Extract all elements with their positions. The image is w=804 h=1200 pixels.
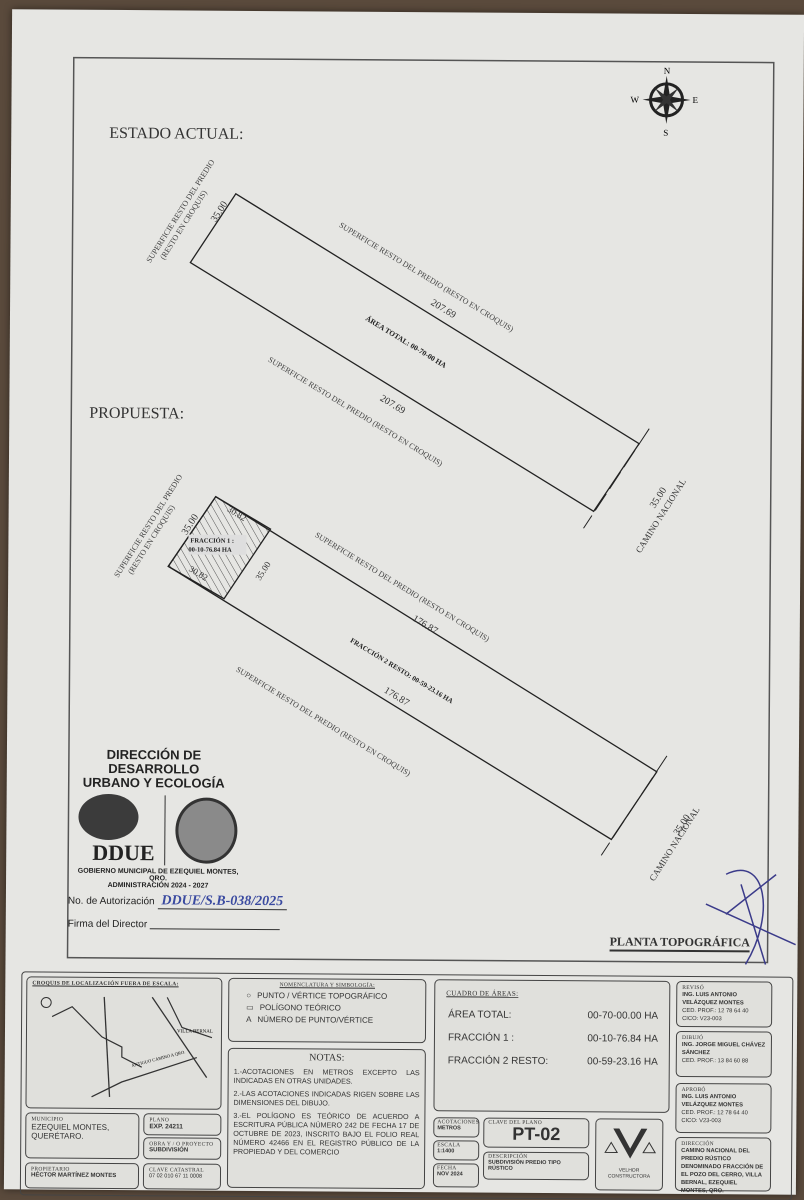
clave-catastral-box: CLAVE CATASTRAL 07 02 010 67 11 0008 — [143, 1163, 221, 1190]
area-row: FRACCIÓN 2 RESTO:00-59-23.16 HA — [448, 1055, 658, 1067]
propietario-box: PROPIETARIO HÉCTOR MARTÍNEZ MONTES — [25, 1162, 139, 1189]
velhor-logo-icon — [601, 1122, 659, 1162]
polygon-symbol-icon: ▭ — [246, 1003, 254, 1012]
location-map: VILLA BERNAL ANTIGUO CAMINO A QRO. — [32, 986, 219, 1099]
notes-box: NOTAS: 1.-ACOTACIONES EN METROS EXCEPTO … — [227, 1048, 426, 1189]
svg-text:ESTADO ACTUAL:: ESTADO ACTUAL: — [109, 125, 243, 143]
stamp-administration: ADMINISTRACIÓN 2024 - 2027 — [68, 882, 248, 890]
sheet-title: PLANTA TOPOGRÁFICA — [610, 934, 750, 952]
svg-text:207.69: 207.69 — [429, 297, 458, 321]
svg-text:E: E — [692, 95, 698, 105]
obra-box: OBRA Y / O PROYECTO SUBDIVISIÓN — [143, 1137, 221, 1160]
svg-text:PROPUESTA:: PROPUESTA: — [89, 405, 184, 423]
plan-sheet: N S E W SUPERFICIE RESTO DEL PREDIO (RES… — [4, 9, 804, 1195]
stamp-government: GOBIERNO MUNICIPAL DE EZEQUIEL MONTES, Q… — [68, 868, 248, 883]
svg-text:SUPERFICIE RESTO DEL PREDIO: SUPERFICIE RESTO DEL PREDIO — [144, 158, 216, 265]
area-row: FRACCIÓN 1 :00-10-76.84 HA — [448, 1032, 658, 1044]
svg-text:ÁREA TOTAL: 00-70-00 HA: ÁREA TOTAL: 00-70-00 HA — [364, 313, 449, 370]
svg-text:VILLA BERNAL: VILLA BERNAL — [177, 1029, 213, 1034]
plano-box: PLANO EXP. 24211 — [143, 1113, 221, 1136]
ddue-logo-icon — [78, 794, 138, 840]
aprobo-box: APROBÓ ING. LUIS ANTONIO VELÁZQUEZ MONTE… — [675, 1083, 771, 1134]
svg-text:00-10-76.84 HA: 00-10-76.84 HA — [188, 546, 232, 553]
svg-text:N: N — [664, 66, 671, 76]
svg-text:ANTIGUO CAMINO A QRO.: ANTIGUO CAMINO A QRO. — [131, 1049, 186, 1068]
escala-box: ESCALA 1:1400 — [433, 1140, 479, 1160]
municipal-authorization-stamp: DIRECCIÓN DE DESARROLLO URBANO Y ECOLOGÍ… — [68, 748, 319, 932]
municipal-seal-icon — [176, 797, 238, 863]
descripcion-box: DESCRIPCIÓN SUBDIVISIÓN PREDIO TIPO RÚST… — [483, 1152, 589, 1181]
fecha-box: FECHA NOV 2024 — [433, 1163, 479, 1187]
svg-text:SUPERFICIE RESTO DEL PREDIO (R: SUPERFICIE RESTO DEL PREDIO (RESTO EN CR… — [313, 530, 491, 643]
svg-text:SUPERFICIE RESTO DEL PREDIO (R: SUPERFICIE RESTO DEL PREDIO (RESTO EN CR… — [338, 221, 516, 334]
svg-text:CAMINO NACIONAL: CAMINO NACIONAL — [647, 805, 701, 883]
nomenclature-box: NOMENCLATURA Y SIMBOLOGÍA: ○PUNTO / VÉRT… — [228, 978, 426, 1043]
dibujo-box: DIBUJÓ ING. JORGE MIGUEL CHÁVEZ SÁNCHEZ … — [676, 1031, 772, 1078]
direccion-box: DIRECCIÓN CAMINO NACIONAL DEL PREDIO RÚS… — [675, 1137, 771, 1192]
compass-rose-icon: N S E W — [630, 66, 699, 138]
director-signature: Firma del Director — [68, 919, 318, 932]
title-block: CROQUIS DE LOCALIZACIÓN FUERA DE ESCALA:… — [20, 971, 794, 1200]
mini-compass-icon — [41, 997, 51, 1007]
areas-table: CUADRO DE ÁREAS: ÁREA TOTAL:00-70-00.00 … — [433, 979, 670, 1113]
stamp-heading: DIRECCIÓN DE DESARROLLO — [69, 748, 239, 777]
svg-text:W: W — [630, 95, 639, 105]
svg-text:FRACCIÓN 1 :: FRACCIÓN 1 : — [190, 537, 234, 545]
stamp-subheading: URBANO Y ECOLOGÍA — [69, 776, 239, 791]
authorization-number: No. de Autorización DDUE/S.B-038/2025 — [68, 893, 318, 911]
clave-plano-box: CLAVE DEL PLANO PT-02 — [483, 1118, 589, 1149]
vertex-number-symbol-icon: A — [246, 1015, 251, 1024]
vertex-symbol-icon: ○ — [246, 991, 251, 1000]
svg-text:176.87: 176.87 — [410, 613, 439, 637]
svg-text:207.69: 207.69 — [378, 393, 407, 417]
svg-text:SUPERFICIE RESTO DEL PREDIO (R: SUPERFICIE RESTO DEL PREDIO (RESTO EN CR… — [267, 355, 445, 468]
reviso-box: REVISÓ ING. LUIS ANTONIO VELÁZQUEZ MONTE… — [676, 981, 772, 1028]
municipio-box: MUNICIPIO EZEQUIEL MONTES, QUERÉTARO. — [25, 1112, 139, 1159]
estado-actual-parcel: SUPERFICIE RESTO DEL PREDIO (RESTO EN CR… — [142, 157, 690, 555]
svg-text:S: S — [663, 128, 668, 138]
company-logo-box: VELHOR CONSTRUCTORA — [595, 1118, 664, 1190]
svg-text:176.87: 176.87 — [382, 685, 411, 709]
location-sketch: CROQUIS DE LOCALIZACIÓN FUERA DE ESCALA:… — [25, 976, 222, 1109]
acotaciones-box: ACOTACIONES METROS — [433, 1117, 479, 1137]
svg-text:35.00: 35.00 — [209, 199, 230, 224]
svg-text:35.00: 35.00 — [253, 559, 273, 582]
ddue-brand: DDUE — [92, 840, 155, 866]
area-row: ÁREA TOTAL:00-70-00.00 HA — [448, 1009, 658, 1021]
